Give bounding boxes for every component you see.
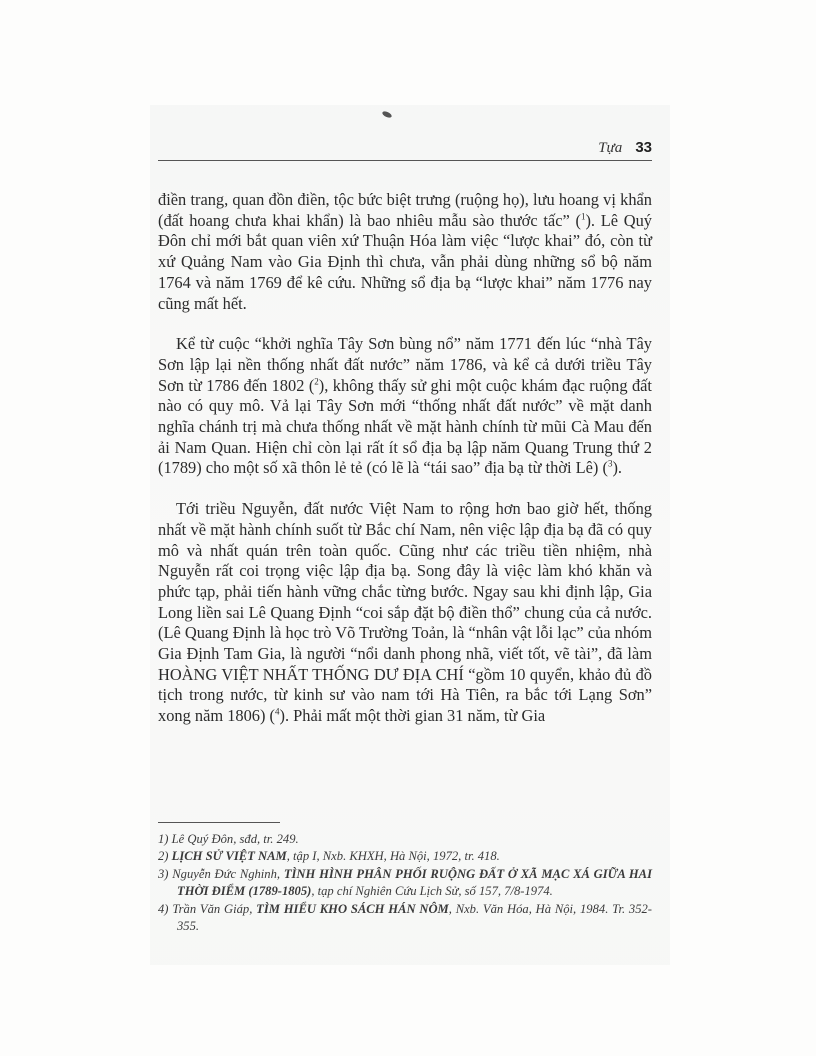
body-text: điền trang, quan đồn điền, tộc bức biệt …	[158, 190, 652, 727]
paragraph-2: Kể từ cuộc “khởi nghĩa Tây Sơn bùng nổ” …	[158, 334, 652, 479]
footnote-4: 4) Trần Văn Giáp, TÌM HIỂU KHO SÁCH HÁN …	[158, 901, 652, 936]
footnote-1: 1) Lê Quý Đôn, sđd, tr. 249.	[158, 831, 652, 848]
header-rule	[158, 160, 652, 161]
paragraph-1: điền trang, quan đồn điền, tộc bức biệt …	[158, 190, 652, 314]
running-header: Tựa 33	[158, 137, 652, 157]
paragraph-3: Tới triều Nguyễn, đất nước Việt Nam to r…	[158, 499, 652, 727]
footnotes: 1) Lê Quý Đôn, sđd, tr. 249. 2) LỊCH SỬ …	[158, 831, 652, 935]
page-number: 33	[635, 139, 652, 156]
running-title: Tựa	[598, 140, 622, 156]
book-page: Tựa 33 điền trang, quan đồn điền, tộc bứ…	[0, 0, 816, 1056]
footnote-rule	[158, 822, 280, 823]
footnote-3: 3) Nguyễn Đức Nghinh, TÌNH HÌNH PHÂN PHỐ…	[158, 866, 652, 901]
footnote-2: 2) LỊCH SỬ VIỆT NAM, tập I, Nxb. KHXH, H…	[158, 848, 652, 865]
